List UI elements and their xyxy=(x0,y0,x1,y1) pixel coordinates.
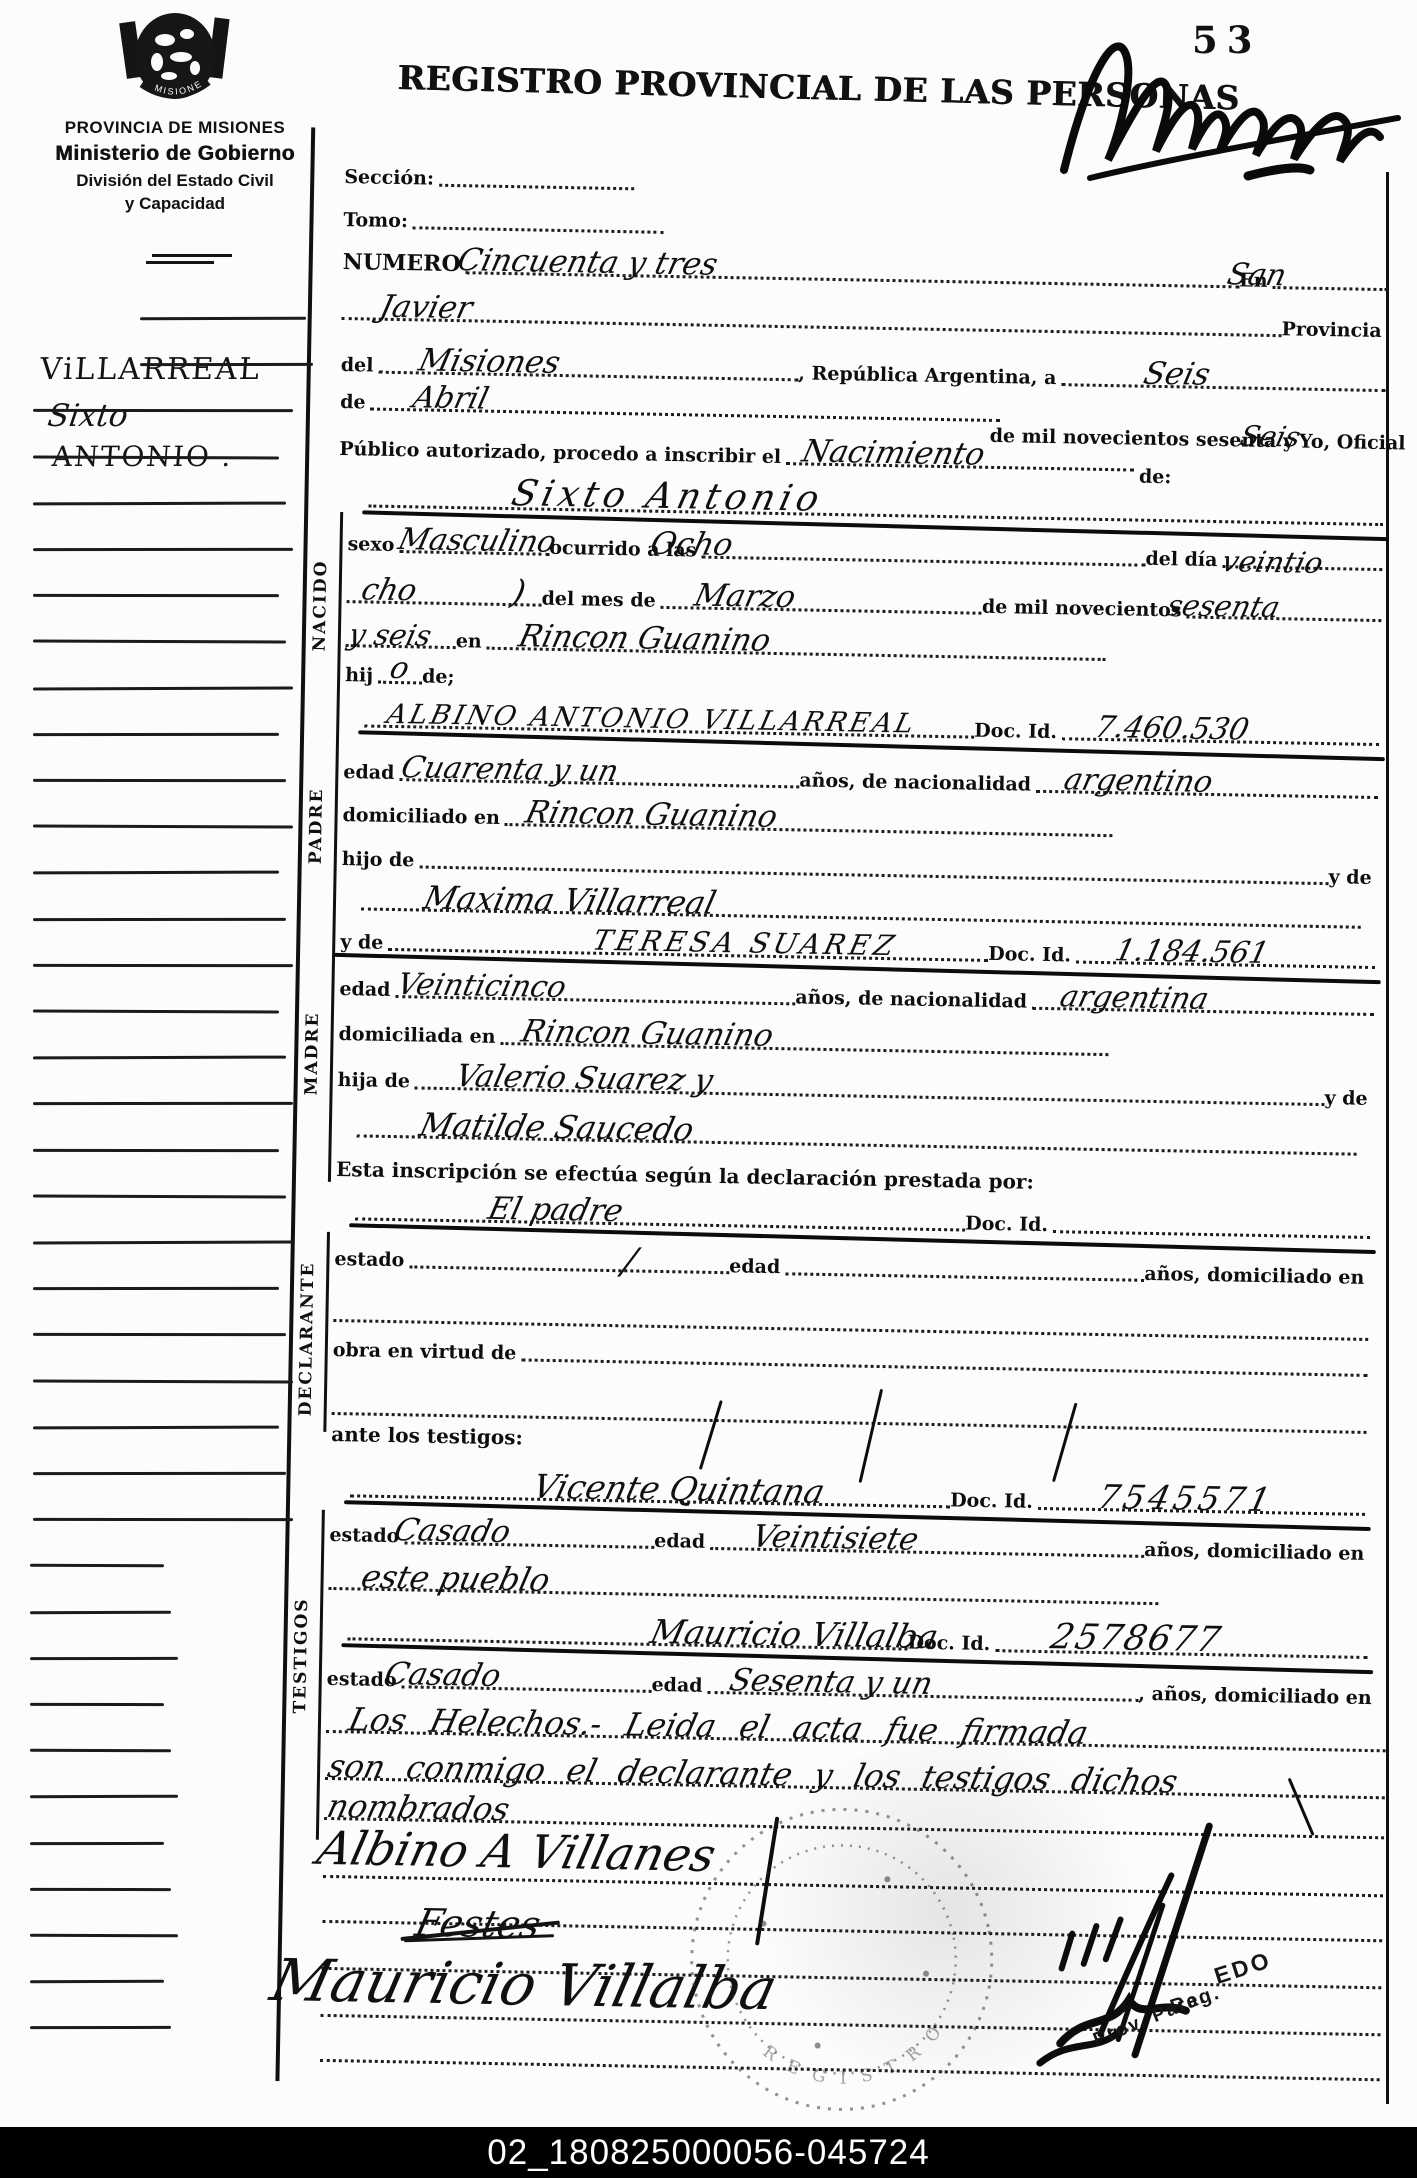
father-doc-label: Doc. Id. xyxy=(974,720,1062,745)
margin-ruled-line xyxy=(30,1703,164,1706)
dotted-line xyxy=(342,316,1282,337)
dotted-line xyxy=(439,183,634,191)
margin-ruled-line xyxy=(33,1287,279,1290)
margin-note-firstname: Sixto xyxy=(45,398,130,434)
mother-father-handwriting: Valerio Suarez y xyxy=(453,1061,716,1097)
witness2-doc-handwriting: 2578677 xyxy=(1047,1620,1225,1658)
birth-year1-handwriting: sesenta xyxy=(1164,591,1282,622)
numero-value-handwriting: Cincuenta y tres xyxy=(455,245,721,281)
father-mother-handwriting: Maxima Villarreal xyxy=(421,882,719,919)
dotted-line xyxy=(701,555,1145,567)
margin-ruled-line xyxy=(33,779,286,782)
field-row-declarant-status: estado edad años, domiciliado en / xyxy=(334,1233,1370,1290)
dotted-line xyxy=(409,1264,729,1274)
margin-ruled-line xyxy=(33,733,279,736)
father-domicile-handwriting: Rincon Guanino xyxy=(522,797,780,832)
margin-ruled-line xyxy=(30,1934,178,1938)
tomo-label: Tomo: xyxy=(343,209,413,233)
svg-text:R E G I S T R O: R E G I S T R O xyxy=(756,2008,956,2105)
hijo-de-label: hijo de xyxy=(342,848,420,872)
margin-ruled-line xyxy=(33,501,286,505)
margin-ruled-line xyxy=(140,317,306,321)
testigos-intro-row: ante los testigos: xyxy=(331,1409,732,1454)
field-row-father-domicile: domiciliado en Rincon Guanino xyxy=(342,789,1113,841)
witness1-doc-handwriting: 7545571 xyxy=(1095,1480,1278,1516)
city-value2-handwriting: Javier xyxy=(377,292,476,325)
birth-month-handwriting: Marzo xyxy=(691,581,798,614)
witness1-estado-handwriting: Casado xyxy=(391,1515,513,1548)
margin-ruled-line xyxy=(33,1472,286,1475)
father-signature: Albino A Villanes xyxy=(313,1825,720,1878)
margin-ruled-line xyxy=(33,917,286,920)
margin-ruled-line xyxy=(33,1518,293,1521)
testigos-intro-label: ante los testigos: xyxy=(331,1422,528,1451)
coat-of-arms-icon: MISIONES xyxy=(109,10,241,110)
margin-note-surname: ViLLARREAL xyxy=(39,352,262,387)
section-label-padre: PADRE xyxy=(306,787,327,864)
declarant-estado-label: estado xyxy=(334,1248,409,1272)
field-row-tomo: Tomo: xyxy=(343,194,664,238)
mother-nationality-handwriting: argentina xyxy=(1057,982,1211,1015)
witness2-edad-handwriting: Sesenta y un xyxy=(727,1665,936,1700)
field-row-witness1-domicile: este pueblo xyxy=(328,1556,1159,1609)
field-row-hijo-de: hij de; o xyxy=(345,649,521,690)
margin-ruled-line xyxy=(33,640,286,644)
letterhead-ministry: Ministerio de Gobierno xyxy=(40,142,310,166)
field-row-mother-domicile: domiciliada en Rincon Guanino xyxy=(338,1008,1109,1060)
dotted-line xyxy=(785,1271,1144,1282)
margin-ruled-line xyxy=(140,363,313,366)
hij-label: hij xyxy=(345,664,378,688)
del-label: del xyxy=(341,354,379,378)
nacido-rule xyxy=(336,512,343,740)
margin-ruled-line xyxy=(33,825,293,829)
margin-ruled-line xyxy=(33,1102,293,1105)
margin-ruled-line xyxy=(33,686,293,690)
margin-ruled-line xyxy=(33,1148,279,1151)
mother-domicilio-label: domiciliada en xyxy=(338,1023,500,1049)
round-stamp: R E G I S T R O xyxy=(669,1786,1015,2132)
declarant-slash-handwriting: / xyxy=(619,1244,639,1280)
date-day-handwriting: Seis xyxy=(1141,359,1214,391)
testigos-rule xyxy=(316,1510,325,1840)
witness2-edad-label: edad xyxy=(651,1674,707,1698)
field-row-city: Provincia Javier xyxy=(342,286,1388,343)
scanned-birth-record: MISIONES PROVINCIA DE MISIONES Ministeri… xyxy=(0,0,1417,2178)
margin-ruled-line xyxy=(30,1564,164,1568)
madre-rule xyxy=(328,962,335,1182)
father-edad-label: edad xyxy=(343,761,399,785)
dotted-line xyxy=(1272,285,1387,291)
date-month-handwriting: Abril xyxy=(410,383,491,414)
margin-ruled-line xyxy=(33,1425,279,1429)
section-label-madre: MADRE xyxy=(301,1011,323,1095)
mother-edad-label: edad xyxy=(339,978,395,1002)
section-label-testigos: TESTIGOS xyxy=(290,1597,312,1713)
section-label-declarante: DECLARANTE xyxy=(296,1261,319,1416)
padre-rule xyxy=(332,740,339,962)
sexo-value-handwriting: Masculino xyxy=(395,525,559,558)
del-mes-label: del mes de xyxy=(541,588,660,613)
margin-ruled-line xyxy=(33,964,293,967)
mother-anos-label: años, de nacionalidad xyxy=(795,986,1032,1013)
margin-ruled-line xyxy=(30,1749,171,1753)
field-row-de-colon: de: xyxy=(1139,451,1210,490)
birth-day2-handwriting: cho xyxy=(358,575,419,606)
del-dia-label: del día xyxy=(1145,548,1222,572)
margin-ruled-line xyxy=(33,455,279,459)
svg-text:EDO: EDO xyxy=(1211,1946,1275,1989)
form-body: NACIDO PADRE MADRE DECLARANTE TESTIGOS S… xyxy=(309,140,1395,2119)
witness2-anos-label: , años, domiciliado en xyxy=(1138,1683,1377,1710)
witness1-domicile-handwriting: este pueblo xyxy=(358,1561,553,1596)
margin-ruled-line xyxy=(33,548,293,551)
madre-y-de2-label: y de xyxy=(1324,1087,1372,1111)
birth-year2-handwriting: y seis xyxy=(346,620,434,650)
witness2-estado-handwriting: Casado xyxy=(382,1659,504,1692)
de-hijo-label: de; xyxy=(422,666,460,690)
dotted-line xyxy=(1053,1229,1370,1239)
birth-day1-handwriting: veintio xyxy=(1219,547,1326,578)
child-name-handwriting: Sixto Antonio xyxy=(508,476,827,518)
sexo-label: sexo xyxy=(347,533,399,557)
section-label-nacido: NACIDO xyxy=(310,559,332,651)
father-doc-handwriting: 7.460.530 xyxy=(1092,713,1252,746)
closing-line3-handwriting: nombrados xyxy=(324,1790,513,1825)
father-age-handwriting: Cuarenta y un xyxy=(398,753,621,787)
margin-ruled-line xyxy=(33,1194,286,1198)
de-colon-label: de: xyxy=(1139,466,1177,490)
father-nationality-handwriting: argentino xyxy=(1061,765,1215,798)
numero-label: NUMERO xyxy=(343,249,466,278)
declarant-anos-label: años, domiciliado en xyxy=(1144,1263,1369,1290)
field-row-seccion: Sección: xyxy=(344,151,635,194)
declarant-handwriting: El padre xyxy=(485,1194,626,1227)
witness1-anos-label: años, domiciliado en xyxy=(1144,1539,1369,1566)
hija-de-label: hija de xyxy=(338,1069,416,1093)
margin-ruled-line xyxy=(30,1888,171,1891)
de-mil-nacido-label: de mil novecientos xyxy=(982,596,1187,623)
margin-ruled-line xyxy=(30,1980,164,1983)
declarante-rule xyxy=(323,1232,330,1432)
margin-ruled-line xyxy=(30,2026,171,2029)
witness1-doc-label: Doc. Id. xyxy=(950,1489,1038,1514)
witness2-name-handwriting: Mauricio Villalba xyxy=(647,1615,941,1653)
field-row-father-name: Doc. Id. ALBINO ANTONIO VILLARREAL 7.460… xyxy=(364,693,1380,750)
margin-ruled-line xyxy=(33,1010,279,1014)
seccion-label: Sección: xyxy=(344,166,439,191)
mother-doc-label: Doc. Id. xyxy=(988,943,1076,968)
dotted-line xyxy=(1061,382,1385,392)
witness1-edad-handwriting: Veintisiete xyxy=(749,1522,921,1556)
witness1-name-handwriting: Vicente Quintana xyxy=(530,1470,828,1508)
yo-oficial-label: Yo, Oficial xyxy=(1299,431,1411,456)
margin-ruled-line xyxy=(33,1056,286,1060)
margin-ruled-line xyxy=(33,1333,286,1336)
en-nacido-label: en xyxy=(456,630,487,654)
city-value1-handwriting: San xyxy=(1224,260,1289,291)
act-type-handwriting: Nacimiento xyxy=(799,437,988,471)
y-de-label: y de xyxy=(1328,866,1376,890)
field-row-closing1: Los Helechos.- Leida el acta fue firmada xyxy=(326,1699,1387,1756)
mother-mother-handwriting: Matilde Saucedo xyxy=(417,1109,697,1146)
letterhead-province: PROVINCIA DE MISIONES xyxy=(40,118,310,138)
obra-label: obra en virtud de xyxy=(333,1339,522,1365)
field-row-witness2-name: Doc. Id. Mauricio Villalba 2578677 xyxy=(347,1606,1368,1663)
declarant-doc-label: Doc. Id. xyxy=(965,1213,1053,1238)
letterhead-divider xyxy=(146,261,214,264)
province-value-handwriting: Misiones xyxy=(416,345,564,378)
letterhead-division2: y Capacidad xyxy=(40,194,310,214)
scan-code: 02_180825000056-045724 xyxy=(487,2133,929,2173)
margin-ruled-line xyxy=(30,1795,178,1799)
letterhead: MISIONES PROVINCIA DE MISIONES Ministeri… xyxy=(40,10,310,214)
letterhead-divider xyxy=(152,254,232,257)
margin-ruled-line xyxy=(33,871,279,875)
mother-age-handwriting: Veinticinco xyxy=(394,970,569,1003)
father-domicilio-label: domiciliado en xyxy=(342,804,505,830)
margin-ruled-line xyxy=(33,594,279,597)
field-row-mother-parents: hija de y de Valerio Suarez y xyxy=(338,1054,1374,1111)
mother-name-handwriting: TERESA SUAREZ xyxy=(590,927,900,960)
mother-doc-handwriting: 1.184.561 xyxy=(1112,936,1272,969)
field-row-numero: NUMERO En Cincuenta y tres San xyxy=(343,238,1389,295)
mother-domicile-handwriting: Rincon Guanino xyxy=(518,1016,776,1051)
scan-code-bar: 02_180825000056-045724 xyxy=(0,2127,1417,2178)
date-year-handwriting: Seis xyxy=(1237,423,1303,452)
birth-place-handwriting: Rincon Guanino xyxy=(516,621,774,656)
publico-label: Público autorizado, procedo a inscribir … xyxy=(339,438,786,469)
de-label: de xyxy=(340,391,371,415)
page-title: REGISTRO PROVINCIAL DE LAS PERSONAS xyxy=(397,58,1158,116)
margin-ruled-line xyxy=(30,1657,178,1660)
father-anos-label: años, de nacionalidad xyxy=(799,769,1036,796)
margin-ruled-line xyxy=(33,1379,293,1383)
official-signature: EDO Reg. Prov. Para. xyxy=(1000,1782,1315,2088)
hour-value-handwriting: Ocho xyxy=(647,529,736,561)
dotted-line xyxy=(521,1357,1367,1377)
dotted-line xyxy=(413,225,664,234)
closing-line1-handwriting: Los Helechos.- Leida el acta fue firmada xyxy=(346,1703,1092,1748)
witness1-edad-label: edad xyxy=(654,1530,710,1554)
madre-y-de-label: y de xyxy=(340,931,388,955)
provincia-label: Provincia xyxy=(1281,318,1387,343)
margin-ruled-line xyxy=(30,1842,164,1845)
margin-ruled-line xyxy=(30,1610,171,1613)
father-name-handwriting: ALBINO ANTONIO VILLARREAL xyxy=(384,701,919,738)
declarant-edad-label: edad xyxy=(729,1255,785,1279)
letterhead-division: División del Estado Civil xyxy=(40,171,310,191)
margin-ruled-line xyxy=(33,1241,293,1245)
